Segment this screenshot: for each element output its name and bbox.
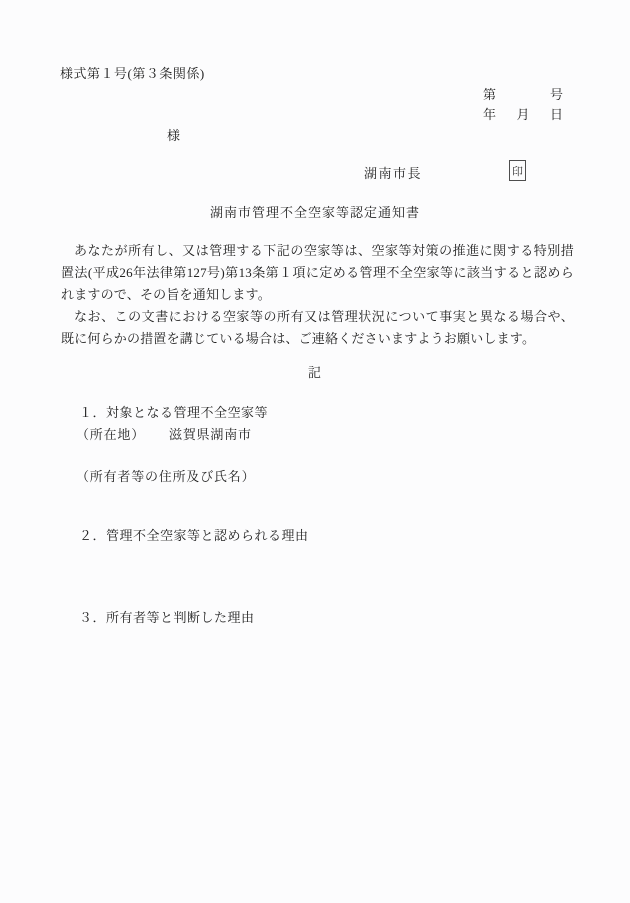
date-month-label: 月 xyxy=(516,104,529,123)
doc-number-line: 第 号 xyxy=(483,84,563,103)
seal-box: 印 xyxy=(509,160,526,181)
section-3-title: 所有者等と判断した理由 xyxy=(106,610,255,625)
record-marker: 記 xyxy=(0,362,630,381)
section-2-number: ２． xyxy=(79,528,106,543)
section-1-heading: １．対象となる管理不全空家等 xyxy=(79,402,268,421)
date-line: 年 月 日 xyxy=(483,104,563,123)
date-year-label: 年 xyxy=(483,104,496,123)
document-title: 湖南市管理不全空家等認定通知書 xyxy=(0,202,630,221)
field-owner: （所有者等の住所及び氏名） xyxy=(76,466,255,485)
section-2-title: 管理不全空家等と認められる理由 xyxy=(106,528,309,543)
body-paragraph-1: あなたが所有し、又は管理する下記の空家等は、空家等対策の推進に関する特別措置法(… xyxy=(61,240,574,306)
section-3-heading: ３．所有者等と判断した理由 xyxy=(79,607,255,626)
addressee-suffix: 様 xyxy=(167,125,180,144)
sender-name: 湖南市長 xyxy=(364,163,422,182)
section-1-number: １． xyxy=(79,405,106,420)
body-text: あなたが所有し、又は管理する下記の空家等は、空家等対策の推進に関する特別措置法(… xyxy=(61,240,574,350)
location-label: （所在地） xyxy=(76,427,145,442)
section-2-heading: ２．管理不全空家等と認められる理由 xyxy=(79,525,309,544)
body-paragraph-2: なお、この文書における空家等の所有又は管理状況について事実と異なる場合や、既に何… xyxy=(61,306,574,350)
form-number: 様式第１号(第３条関係) xyxy=(60,63,205,82)
doc-number-suffix: 号 xyxy=(550,84,563,103)
owner-label: （所有者等の住所及び氏名） xyxy=(76,469,255,484)
section-1-title: 対象となる管理不全空家等 xyxy=(106,405,268,420)
field-location: （所在地）滋賀県湖南市 xyxy=(76,424,252,443)
seal-character: 印 xyxy=(512,163,523,179)
document-page: { "theme": { "paper_color": "#fcfcfd", "… xyxy=(0,0,630,903)
section-3-number: ３． xyxy=(79,610,106,625)
doc-number-prefix: 第 xyxy=(483,84,496,103)
location-value: 滋賀県湖南市 xyxy=(169,427,252,442)
date-day-label: 日 xyxy=(550,104,563,123)
